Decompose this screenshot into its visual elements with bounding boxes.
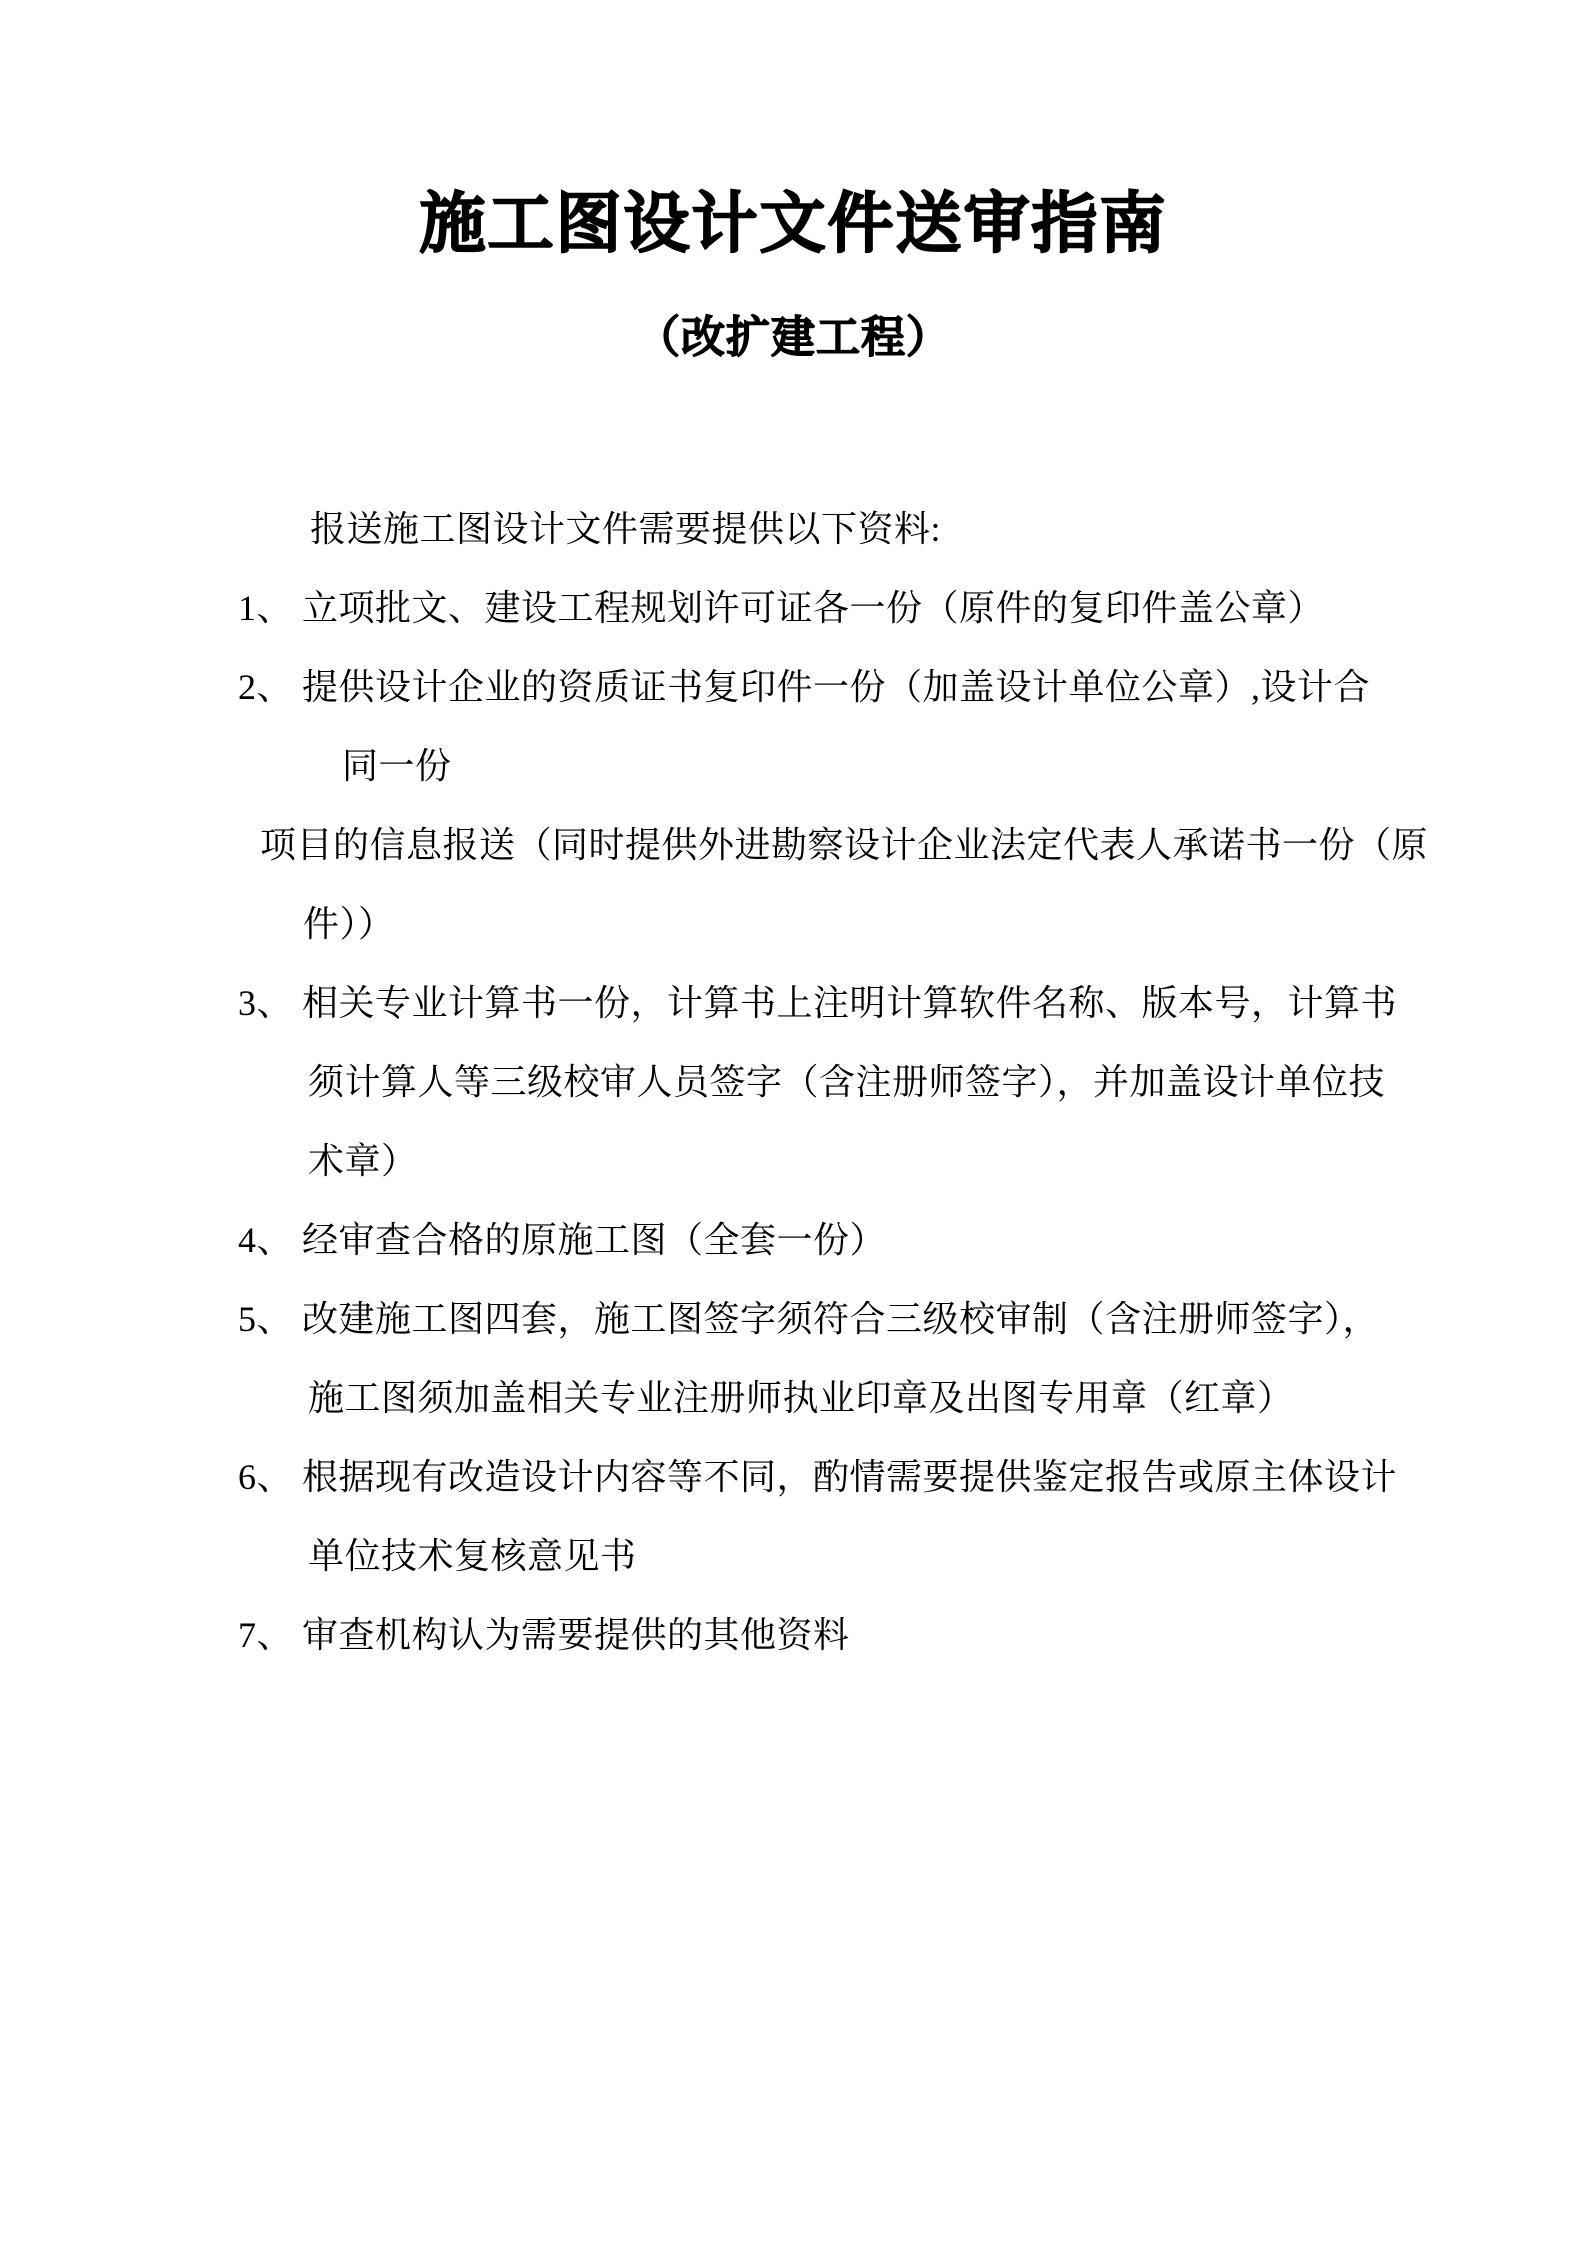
list-item-2-continuation: 同一份 [0, 727, 1587, 806]
list-item-1: 1、立项批文、建设工程规划许可证各一份（原件的复印件盖公章） [0, 569, 1587, 648]
document-page: 施工图设计文件送审指南 （改扩建工程） 报送施工图设计文件需要提供以下资料: 1… [0, 0, 1587, 2245]
list-item-3-continuation-1: 须计算人等三级校审人员签字（含注册师签字），并加盖设计单位技 [0, 1043, 1587, 1122]
list-item-number: 3、 [238, 964, 302, 1043]
list-item-text: 立项批文、建设工程规划许可证各一份（原件的复印件盖公章） [302, 588, 1324, 628]
list-item-text: 相关专业计算书一份，计算书上注明计算软件名称、版本号，计算书 [302, 983, 1397, 1023]
info-submission-continuation: 件）） [0, 885, 1587, 964]
document-body: 报送施工图设计文件需要提供以下资料: 1、立项批文、建设工程规划许可证各一份（原… [0, 490, 1587, 1675]
list-item-number: 6、 [238, 1438, 302, 1517]
list-item-number: 7、 [238, 1596, 302, 1675]
list-item-text: 审查机构认为需要提供的其他资料 [302, 1615, 850, 1655]
list-item-7: 7、审查机构认为需要提供的其他资料 [0, 1596, 1587, 1675]
list-item-6: 6、根据现有改造设计内容等不同，酌情需要提供鉴定报告或原主体设计 [0, 1438, 1587, 1517]
intro-line: 报送施工图设计文件需要提供以下资料: [0, 490, 1587, 569]
list-item-number: 5、 [238, 1280, 302, 1359]
list-item-2: 2、提供设计企业的资质证书复印件一份（加盖设计单位公章）,设计合 [0, 648, 1587, 727]
list-item-number: 1、 [238, 569, 302, 648]
list-item-5: 5、改建施工图四套，施工图签字须符合三级校审制（含注册师签字）， [0, 1280, 1587, 1359]
list-item-number: 4、 [238, 1201, 302, 1280]
list-item-6-continuation: 单位技术复核意见书 [0, 1517, 1587, 1596]
list-item-text: 根据现有改造设计内容等不同，酌情需要提供鉴定报告或原主体设计 [302, 1457, 1397, 1497]
list-item-3: 3、相关专业计算书一份，计算书上注明计算软件名称、版本号，计算书 [0, 964, 1587, 1043]
list-item-4: 4、经审查合格的原施工图（全套一份） [0, 1201, 1587, 1280]
document-subtitle: （改扩建工程） [0, 312, 1587, 365]
document-title: 施工图设计文件送审指南 [0, 186, 1587, 262]
info-submission-line: 项目的信息报送（同时提供外进勘察设计企业法定代表人承诺书一份（原 [0, 806, 1587, 885]
list-item-text: 提供设计企业的资质证书复印件一份（加盖设计单位公章）,设计合 [302, 667, 1370, 707]
list-item-text: 改建施工图四套，施工图签字须符合三级校审制（含注册师签字）， [302, 1299, 1379, 1339]
list-item-number: 2、 [238, 648, 302, 727]
list-item-3-continuation-2: 术章） [0, 1122, 1587, 1201]
list-item-5-continuation: 施工图须加盖相关专业注册师执业印章及出图专用章（红章） [0, 1359, 1587, 1438]
list-item-text: 经审查合格的原施工图（全套一份） [302, 1220, 886, 1260]
